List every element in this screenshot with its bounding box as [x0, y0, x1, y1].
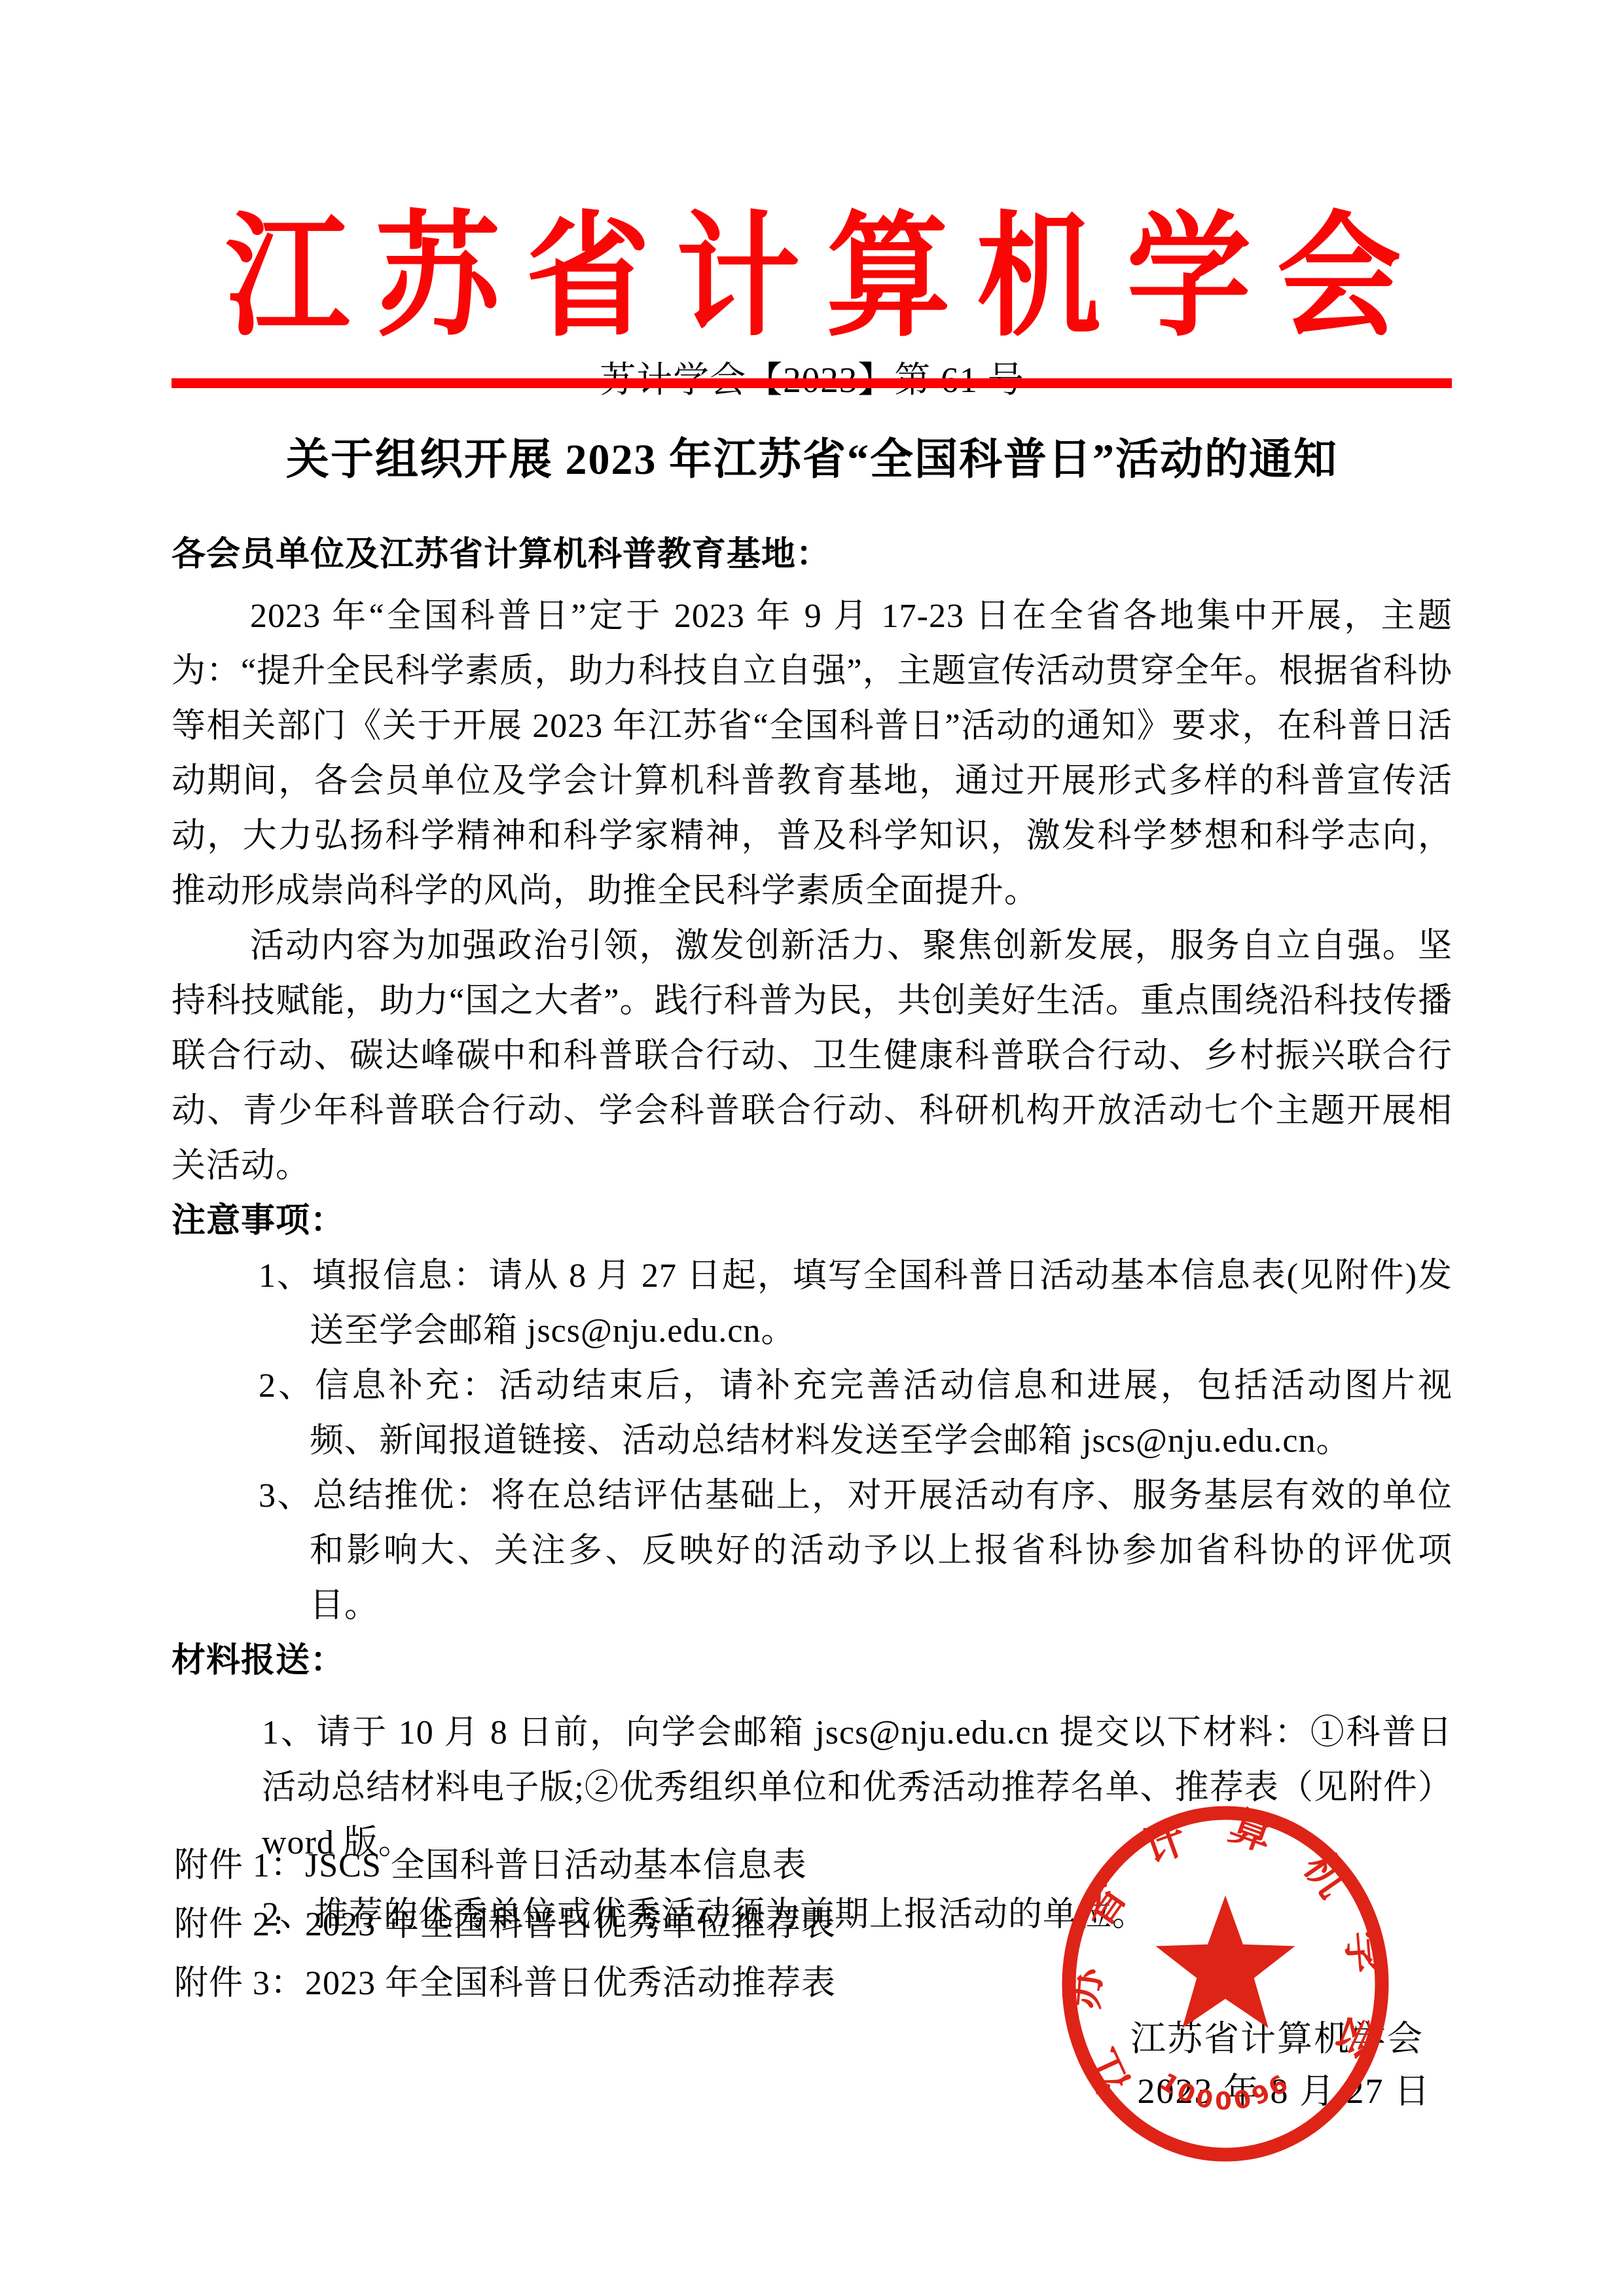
org-header: 江 苏 省 计 算 机 学 会	[0, 169, 1624, 362]
notice-item: 3、总结推优：将在总结评估基础上，对开展活动有序、服务基层有效的单位和影响大、关…	[171, 1469, 1453, 1634]
salutation: 各会员单位及江苏省计算机科普教育基地：	[171, 528, 1453, 583]
paragraph: 2023 年“全国科普日”定于 2023 年 9 月 17-23 日在全省各地集…	[171, 589, 1453, 919]
attachment-line: 附件 1：JSCS 全国科普日活动基本信息表	[174, 1837, 836, 1895]
page: 江 苏 省 计 算 机 学 会 苏计学会【2023】第 61 号 关于组织开展 …	[0, 0, 1624, 2296]
paragraph: 活动内容为加强政治引领，激发创新活力、聚焦创新发展，服务自立自强。坚持科技赋能，…	[171, 919, 1453, 1194]
official-seal: 江苏省计算机学会 3201000096418	[1054, 1799, 1397, 2169]
attachment-line: 附件 2：2023 年全国科普日优秀单位推荐表	[174, 1895, 836, 1954]
seal-star-icon	[1156, 1895, 1295, 2028]
doc-number: 苏计学会【2023】第 61 号	[0, 351, 1624, 403]
attachment-line: 附件 3：2023 年全国科普日优秀活动推荐表	[174, 1954, 836, 2013]
materials-heading: 材料报送：	[171, 1634, 1453, 1689]
doc-title: 关于组织开展 2023 年江苏省“全国科普日”活动的通知	[0, 424, 1624, 486]
notice-item: 1、填报信息：请从 8 月 27 日起，填写全国科普日活动基本信息表(见附件)发…	[171, 1249, 1453, 1359]
document-body: 各会员单位及江苏省计算机科普教育基地： 2023 年“全国科普日”定于 2023…	[171, 528, 1453, 1943]
notice-heading: 注意事项：	[171, 1194, 1453, 1249]
red-divider	[171, 378, 1452, 388]
attachments-list: 附件 1：JSCS 全国科普日活动基本信息表 附件 2：2023 年全国科普日优…	[174, 1837, 836, 2013]
notice-item: 2、信息补充：活动结束后，请补充完善活动信息和进展，包括活动图片视频、新闻报道链…	[171, 1359, 1453, 1469]
